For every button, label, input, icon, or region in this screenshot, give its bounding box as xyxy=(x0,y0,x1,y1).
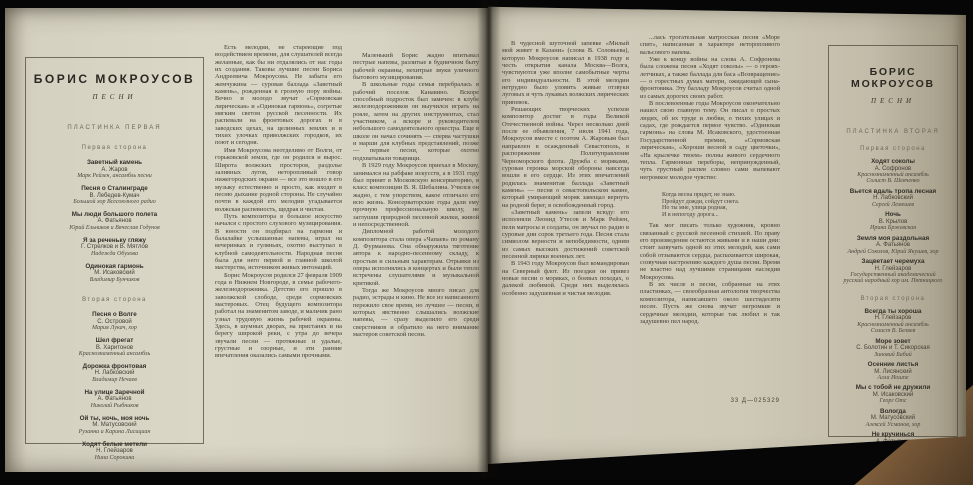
liner-notes-paragraph: Дипломной работой молодого композитора с… xyxy=(353,228,479,287)
liner-notes-paragraph: Путь композитора в большое искусство нач… xyxy=(215,213,342,272)
track-performers: Владимир Бунчиков xyxy=(26,277,203,283)
track-title: На улице Заречной xyxy=(26,390,203,397)
liner-notes-paragraph: ...лась трогательная матросская песня «М… xyxy=(640,34,780,56)
track-entry: Ходят соколыА. СофроновКраснознаменный а… xyxy=(829,159,957,185)
verse-line: Когда весна придет, не знаю. xyxy=(662,192,780,199)
track-entry: Вьется вдаль тропа леснаяН. ЛабковскийСе… xyxy=(829,189,957,208)
track-entry: ВологдаМ. МатусовскийАлексей Усманов, хо… xyxy=(829,409,957,428)
record-number-label: ПЛАСТИНКА ВТОРАЯ xyxy=(829,129,957,135)
sleeve-panel-right: В чудесной шуточной запевке «Милый мой ж… xyxy=(488,4,966,464)
verse-line: Но ты мне, улица родная, xyxy=(662,205,780,212)
track-performers: Георг Отс xyxy=(829,398,957,404)
track-performers: Андрей Соколов, Юрий Якушев, хор xyxy=(829,249,957,255)
tracklist-box-record2: БОРИС МОКРОУСОВ ПЕСНИ ПЛАСТИНКА ВТОРАЯ П… xyxy=(828,45,958,437)
track-performers: Юрий Ельников и Вячеслав Годунов xyxy=(26,225,203,231)
track-performers: русский народный хор им. Пятницкого xyxy=(829,278,957,284)
record-sleeve-spread-scan: БОРИС МОКРОУСОВ ПЕСНИ ПЛАСТИНКА ПЕРВАЯ П… xyxy=(0,0,973,485)
track-entry: Ходят белые метелиН. ГлейзаровНина Сорок… xyxy=(26,442,203,461)
track-title: Ходят соколы xyxy=(829,159,957,166)
track-performers: Большой хор Всесоюзного радио xyxy=(26,199,203,205)
track-performers: Солист В. Беляев xyxy=(829,328,957,334)
track-entry: Море зоветС. Болотин и Т. СикорскаяЗинов… xyxy=(829,339,957,358)
track-performers: Марк Рейзен, ансамбль песни xyxy=(26,173,203,179)
track-title: Песня о Сталинграде xyxy=(26,186,203,193)
track-title: Шел фрегат xyxy=(26,338,203,345)
track-performers: Надежда Обухова xyxy=(26,251,203,257)
track-performers: Зиновий Бабий xyxy=(829,352,957,358)
track-entry: Заветный каменьА. ЖаровМарк Рейзен, анса… xyxy=(26,160,203,179)
liner-notes-paragraph: Маленький Борис жадно впитывал пестрые н… xyxy=(353,52,479,81)
track-entry: Мы с тобой не дружилиМ. ИсаковскийГеорг … xyxy=(829,385,957,404)
track-entry: Дорожка фронтоваяН. ЛабковскийВладимир Н… xyxy=(26,364,203,383)
catalog-number: 33 Д—025329 xyxy=(640,398,780,405)
track-entry: Одинокая гармоньМ. ИсаковскийВладимир Бу… xyxy=(26,264,203,283)
verse-line: Пройдут дожди, сойдут снега. xyxy=(662,199,780,206)
track-entry: На улице ЗаречнойА. ФатьяновНиколай Рыбн… xyxy=(26,390,203,409)
liner-notes-column-4: ...лась трогательная матросская песня «М… xyxy=(640,34,780,448)
liner-notes-paragraph: «Заветный камень» запели всюду: его испо… xyxy=(502,209,629,260)
track-performers: Николай Рыбников xyxy=(26,403,203,409)
tracklist-record2: Первая сторонаХодят соколыА. СофроновКра… xyxy=(829,146,957,475)
track-entry: Осенние листьяМ. ЛисянскийАлла Иошпе xyxy=(829,362,957,381)
liner-notes-paragraph: Есть мелодии, не стареющие под воздейств… xyxy=(215,44,342,147)
liner-notes-paragraph: В послевоенные годы Мокроусов окончатель… xyxy=(640,100,780,181)
track-title: Зацветает черемуха xyxy=(829,259,957,266)
track-title: Море зовет xyxy=(829,339,957,346)
side-heading: Вторая сторона xyxy=(26,297,203,303)
track-entry: НочьВ. КрыловИрина Бржевская xyxy=(829,212,957,231)
track-title: Осенние листья xyxy=(829,362,957,369)
track-entry: Шел фрегатВ. ХаритоновКраснознаменный ан… xyxy=(26,338,203,357)
track-entry: Я за реченьку гляжуГ. Стрелков и В. Мятл… xyxy=(26,238,203,257)
track-entry: Песня о ВолгеС. ОстровойМария Лукач, хор xyxy=(26,312,203,331)
track-performers: Алексей Усманов, хор xyxy=(829,422,957,428)
album-subtitle: ПЕСНИ xyxy=(26,93,203,101)
side-heading: Первая сторона xyxy=(26,145,203,151)
liner-notes-paragraph: Имя Мокроусова неотделимо от Волги, от г… xyxy=(215,147,342,213)
liner-notes-column-3: В чудесной шуточной запевке «Милый мой ж… xyxy=(502,40,629,446)
liner-notes-paragraph: В школьные годы семья перебралась в рабо… xyxy=(353,81,479,162)
record-number-label: ПЛАСТИНКА ПЕРВАЯ xyxy=(26,125,203,131)
track-performers: Краснознаменный ансамбль xyxy=(26,351,203,357)
track-entry: Ой ты, ночь, моя ночьМ. МатусовскийРузан… xyxy=(26,416,203,435)
side-heading: Первая сторона xyxy=(829,146,957,152)
liner-notes-paragraph: В чудесной шуточной запевке «Милый мой ж… xyxy=(502,40,629,106)
track-performers: Рузанна и Карина Лисициан xyxy=(26,429,203,435)
liner-notes-column-2: Маленький Борис жадно впитывал пестрые н… xyxy=(353,52,479,450)
track-title: Заветный камень xyxy=(26,160,203,167)
liner-notes-column-1: Есть мелодии, не стареющие под воздейств… xyxy=(215,44,342,448)
track-performers: Алла Иошпе xyxy=(829,375,957,381)
album-subtitle: ПЕСНИ xyxy=(829,97,957,105)
composer-title: БОРИС МОКРОУСОВ xyxy=(829,66,957,90)
liner-notes-column-4-top: ...лась трогательная матросская песня «М… xyxy=(640,34,780,189)
tracklist-record1: Первая сторонаЗаветный каменьА. ЖаровМар… xyxy=(26,145,203,461)
track-performers: Ирина Бржевская xyxy=(829,225,957,231)
track-performers: Нина Сорокина xyxy=(26,455,203,461)
track-performers: Сергей Лемешев xyxy=(829,202,957,208)
liner-notes-paragraph: Борис Мокроусов родился 27 февраля 1909 … xyxy=(215,272,342,360)
liner-notes-paragraph: В 1929 году Мокроусов приехал в Москву, … xyxy=(353,162,479,228)
track-entry: Всегда ты хорошаН. ГлейзаровКраснознамен… xyxy=(829,309,957,335)
song-quote-verse: Когда весна придет, не знаю.Пройдут дожд… xyxy=(662,192,780,218)
track-title: Ночь xyxy=(829,212,957,219)
composer-title: БОРИС МОКРОУСОВ xyxy=(26,72,203,86)
liner-notes-paragraph: Уже к концу войны на слова А. Софронова … xyxy=(640,56,780,100)
track-entry: Мы люди большого полетаА. ФатьяновЮрий Е… xyxy=(26,212,203,231)
liner-notes-paragraph: Решающих творческих успехов композитор д… xyxy=(502,106,629,209)
liner-notes-paragraph: Тогда же Мокроусов много писал для радио… xyxy=(353,287,479,338)
track-entry: Земля моя раздольнаяА. ФатьяновАндрей Со… xyxy=(829,236,957,255)
track-performers: Владимир Нечаев xyxy=(26,377,203,383)
track-entry: Зацветает черемухаН. ГлейзаровГосударств… xyxy=(829,259,957,285)
gatefold-seam-shadow xyxy=(477,0,501,478)
track-entry: Песня о СталинградеВ. Лебедев-КумачБольш… xyxy=(26,186,203,205)
tracklist-box-record1: БОРИС МОКРОУСОВ ПЕСНИ ПЛАСТИНКА ПЕРВАЯ П… xyxy=(25,57,204,444)
track-title: Песня о Волге xyxy=(26,312,203,319)
liner-notes-paragraph: Так мог писать только художник, кровно с… xyxy=(640,222,780,281)
track-title: Я за реченьку гляжу xyxy=(26,238,203,245)
track-title: Не кручинься xyxy=(829,432,957,439)
liner-notes-paragraph: В их числе и песни, собранные на этих пл… xyxy=(640,281,780,325)
liner-notes-column-4-bottom: Так мог писать только художник, кровно с… xyxy=(640,222,780,390)
track-performers: Солист В. Шевченко xyxy=(829,178,957,184)
track-title: Мы люди большого полета xyxy=(26,212,203,219)
track-performers: Мария Лукач, хор xyxy=(26,325,203,331)
liner-notes-paragraph: В 1943 году Мокроусов был командирован н… xyxy=(502,260,629,297)
sleeve-panel-left: БОРИС МОКРОУСОВ ПЕСНИ ПЛАСТИНКА ПЕРВАЯ П… xyxy=(5,8,488,472)
side-heading: Вторая сторона xyxy=(829,296,957,302)
track-title: Земля моя раздольная xyxy=(829,236,957,243)
verse-line: И в непогоду дорога... xyxy=(662,212,780,219)
